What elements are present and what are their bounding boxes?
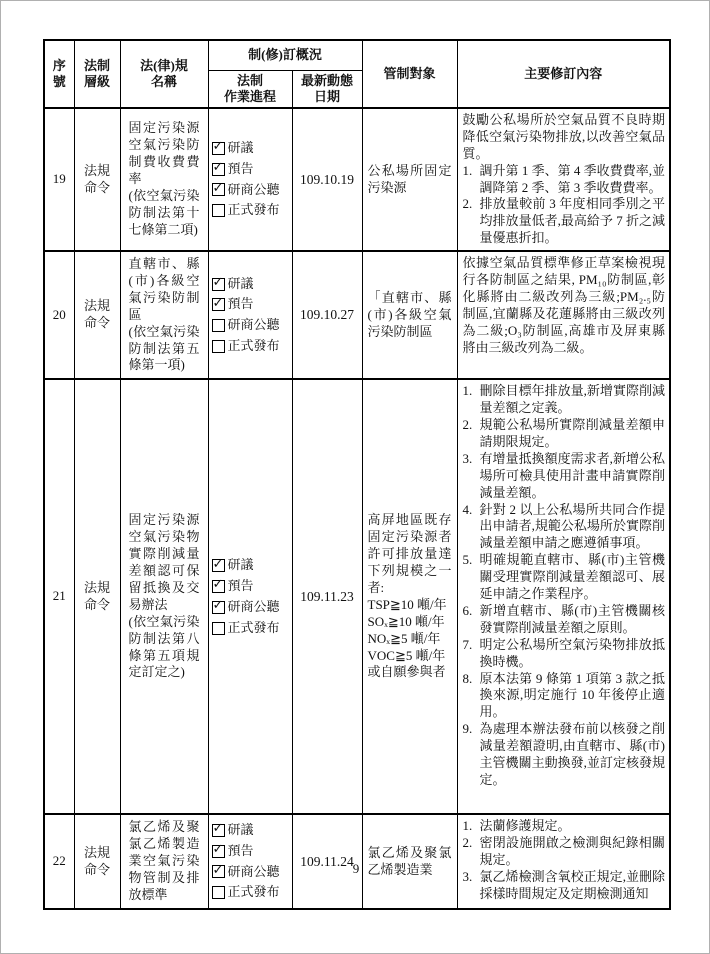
checkbox-checked-icon — [212, 601, 225, 614]
row-regulation-name: 固定污染源空氣污染防制費收費費率 (依空氣污染防制法第十七條第二項) — [120, 108, 208, 251]
process-checkbox-item: 預告 — [212, 294, 289, 315]
process-step-label: 研議 — [228, 138, 254, 159]
process-step-label: 預告 — [228, 294, 254, 315]
content-item: 5.明確規範直轄市、縣(市)主管機關受理實際削減量差額認可、展延申請之作業程序。 — [463, 552, 666, 603]
checkbox-checked-icon — [212, 845, 225, 858]
content-item-number: 2. — [463, 417, 480, 451]
process-step-label: 預告 — [228, 841, 254, 862]
process-checkbox-item: 正式發布 — [212, 200, 289, 221]
row-seq: 20 — [44, 251, 74, 379]
process-checkbox-item: 預告 — [212, 159, 289, 180]
process-step-label: 正式發布 — [228, 336, 280, 357]
table-body: 19 法規 命令 固定污染源空氣污染防制費收費費率 (依空氣污染防制法第十七條第… — [44, 108, 670, 909]
process-step-label: 研商公聽 — [228, 315, 280, 336]
checkbox-checked-icon — [212, 580, 225, 593]
header-date: 最新動態 日期 — [292, 70, 362, 108]
table-row: 21 法規 命令 固定污染源空氣污染物實際削減量差額認可保留抵換及交易辦法 (依… — [44, 379, 670, 814]
row-process-checklist: 研議預告研商公聽正式發布 — [208, 108, 292, 251]
header-process: 法制 作業進程 — [208, 70, 292, 108]
process-checkbox-item: 研議 — [212, 138, 289, 159]
content-item: 1.刪除目標年排放量,新增實際削減量差額之定義。 — [463, 383, 666, 417]
content-item: 4.針對 2 以上公私場所共同合作提出申請者,規範公私場所於實際削減量差額申請之… — [463, 502, 666, 553]
content-item-number: 5. — [463, 552, 480, 603]
header-status-group: 制(修)訂概況 — [208, 40, 362, 70]
process-checkbox-item: 研商公聽 — [212, 180, 289, 201]
header-seq: 序 號 — [44, 40, 74, 108]
content-item-number: 7. — [463, 637, 480, 671]
table-row: 20 法規 命令 直轄市、縣(市)各級空氣污染防制區 (依空氣污染防制法第五條第… — [44, 251, 670, 379]
row-seq: 21 — [44, 379, 74, 814]
row-level: 法規 命令 — [74, 379, 120, 814]
process-checkbox-item: 預告 — [212, 841, 289, 862]
content-item-text: 針對 2 以上公私場所共同合作提出申請者,規範公私場所於實際削減量差額申請之應遵… — [480, 502, 666, 553]
content-item-text: 新增直轄市、縣(市)主管機關核發實際削減量差額之原則。 — [480, 603, 666, 637]
process-step-label: 研議 — [228, 820, 254, 841]
content-item-text: 規範公私場所實際削減量差額申請期限規定。 — [480, 417, 666, 451]
row-date: 109.10.27 — [292, 251, 362, 379]
content-item-text: 為處理本辦法發布前以核發之削減量差額證明,由直轄市、縣(市)主管機關主動換發,並… — [480, 721, 666, 789]
content-item-number: 8. — [463, 671, 480, 722]
content-item-number: 9. — [463, 721, 480, 789]
content-item-text: 原本法第 9 條第 1 項第 3 款之抵換來源,明定施行 10 年後停止適用。 — [480, 671, 666, 722]
content-item-number: 1. — [463, 163, 480, 197]
checkbox-checked-icon — [212, 278, 225, 291]
content-item-number: 1. — [463, 818, 480, 835]
process-checkbox-item: 預告 — [212, 576, 289, 597]
checkbox-checked-icon — [212, 559, 225, 572]
content-item-number: 4. — [463, 502, 480, 553]
row-target: 公私場所固定污染源 — [362, 108, 457, 251]
content-item-text: 鼓勵公私場所於空氣品質不良時期降低空氣污染物排放,以改善空氣品質。 — [463, 112, 666, 163]
content-item: 2.排放量較前 3 年度相同季別之平均排放量低者,最高給予 7 折之減量優惠折扣… — [463, 196, 666, 247]
content-item-number: 2. — [463, 196, 480, 247]
content-item: 1.法蘭修護規定。 — [463, 818, 666, 835]
header-content: 主要修訂內容 — [457, 40, 670, 108]
regulations-table: 序 號 法制 層級 法(律)規 名稱 制(修)訂概況 管制對象 主要修訂內容 法… — [43, 39, 671, 910]
content-item: 7.明定公私場所空氣污染物排放抵換時機。 — [463, 637, 666, 671]
page-number: 9 — [1, 861, 710, 877]
header-target: 管制對象 — [362, 40, 457, 108]
row-target: 「直轄市、縣(市)各級空氣污染防制區 — [362, 251, 457, 379]
process-step-label: 正式發布 — [228, 200, 280, 221]
content-item-text: 法蘭修護規定。 — [480, 818, 666, 835]
process-checkbox-item: 研商公聽 — [212, 597, 289, 618]
row-level: 法規 命令 — [74, 251, 120, 379]
row-content: 鼓勵公私場所於空氣品質不良時期降低空氣污染物排放,以改善空氣品質。1.調升第 1… — [457, 108, 670, 251]
row-content: 依據空氣品質標準修正草案檢視現行各防制區之結果, PM₁₀防制區,彰化縣將由二級… — [457, 251, 670, 379]
content-item: 鼓勵公私場所於空氣品質不良時期降低空氣污染物排放,以改善空氣品質。 — [463, 112, 666, 163]
content-item-text: 有增量抵換額度需求者,新增公私場所可檢具使用計畫申請實際削減量差額。 — [480, 451, 666, 502]
process-step-label: 研議 — [228, 274, 254, 295]
row-seq: 19 — [44, 108, 74, 251]
document-page: 序 號 法制 層級 法(律)規 名稱 制(修)訂概況 管制對象 主要修訂內容 法… — [0, 0, 710, 954]
content-item-text: 調升第 1 季、第 4 季收費費率,並調降第 2 季、第 3 季收費費率。 — [480, 163, 666, 197]
checkbox-unchecked-icon — [212, 340, 225, 353]
content-item: 3.有增量抵換額度需求者,新增公私場所可檢具使用計畫申請實際削減量差額。 — [463, 451, 666, 502]
content-item-number: 3. — [463, 451, 480, 502]
process-step-label: 正式發布 — [228, 618, 280, 639]
content-item-text: 依據空氣品質標準修正草案檢視現行各防制區之結果, PM₁₀防制區,彰化縣將由二級… — [463, 255, 666, 356]
content-item: 6.新增直轄市、縣(市)主管機關核發實際削減量差額之原則。 — [463, 603, 666, 637]
header-name: 法(律)規 名稱 — [120, 40, 208, 108]
row-process-checklist: 研議預告研商公聽正式發布 — [208, 251, 292, 379]
content-item-text: 明確規範直轄市、縣(市)主管機關受理實際削減量差額認可、展延申請之作業程序。 — [480, 552, 666, 603]
process-step-label: 預告 — [228, 159, 254, 180]
checkbox-checked-icon — [212, 298, 225, 311]
row-date: 109.11.23 — [292, 379, 362, 814]
row-regulation-name: 固定污染源空氣污染物實際削減量差額認可保留抵換及交易辦法 (依空氣污染防制法第八… — [120, 379, 208, 814]
content-item: 1.調升第 1 季、第 4 季收費費率,並調降第 2 季、第 3 季收費費率。 — [463, 163, 666, 197]
checkbox-unchecked-icon — [212, 622, 225, 635]
process-checkbox-item: 研議 — [212, 555, 289, 576]
process-checkbox-item: 正式發布 — [212, 618, 289, 639]
content-item-number: 1. — [463, 383, 480, 417]
header-level: 法制 層級 — [74, 40, 120, 108]
table-header: 序 號 法制 層級 法(律)規 名稱 制(修)訂概況 管制對象 主要修訂內容 法… — [44, 40, 670, 108]
process-checkbox-item: 正式發布 — [212, 336, 289, 357]
process-checkbox-item: 研議 — [212, 820, 289, 841]
row-regulation-name: 直轄市、縣(市)各級空氣污染防制區 (依空氣污染防制法第五條第一項) — [120, 251, 208, 379]
checkbox-unchecked-icon — [212, 319, 225, 332]
content-item-number: 6. — [463, 603, 480, 637]
checkbox-checked-icon — [212, 824, 225, 837]
row-target: 高屏地區既存固定污染源者許可排放量達下列規模之一者: TSP≧10 噸/年 SO… — [362, 379, 457, 814]
content-item-text: 明定公私場所空氣污染物排放抵換時機。 — [480, 637, 666, 671]
process-step-label: 研商公聽 — [228, 597, 280, 618]
content-item-text: 刪除目標年排放量,新增實際削減量差額之定義。 — [480, 383, 666, 417]
process-step-label: 研議 — [228, 555, 254, 576]
row-date: 109.10.19 — [292, 108, 362, 251]
table-row: 19 法規 命令 固定污染源空氣污染防制費收費費率 (依空氣污染防制法第十七條第… — [44, 108, 670, 251]
content-item-text: 排放量較前 3 年度相同季別之平均排放量低者,最高給予 7 折之減量優惠折扣。 — [480, 196, 666, 247]
checkbox-checked-icon — [212, 183, 225, 196]
process-checkbox-item: 研商公聽 — [212, 315, 289, 336]
row-process-checklist: 研議預告研商公聽正式發布 — [208, 379, 292, 814]
content-item: 8.原本法第 9 條第 1 項第 3 款之抵換來源,明定施行 10 年後停止適用… — [463, 671, 666, 722]
content-item: 2.規範公私場所實際削減量差額申請期限規定。 — [463, 417, 666, 451]
checkbox-unchecked-icon — [212, 886, 225, 899]
process-step-label: 研商公聽 — [228, 180, 280, 201]
row-level: 法規 命令 — [74, 108, 120, 251]
process-checkbox-item: 正式發布 — [212, 882, 289, 903]
row-content: 1.刪除目標年排放量,新增實際削減量差額之定義。2.規範公私場所實際削減量差額申… — [457, 379, 670, 814]
process-step-label: 正式發布 — [228, 882, 280, 903]
checkbox-unchecked-icon — [212, 204, 225, 217]
process-checkbox-item: 研議 — [212, 274, 289, 295]
content-item: 9.為處理本辦法發布前以核發之削減量差額證明,由直轄市、縣(市)主管機關主動換發… — [463, 721, 666, 789]
checkbox-checked-icon — [212, 142, 225, 155]
content-item: 依據空氣品質標準修正草案檢視現行各防制區之結果, PM₁₀防制區,彰化縣將由二級… — [463, 255, 666, 356]
checkbox-checked-icon — [212, 163, 225, 176]
process-step-label: 預告 — [228, 576, 254, 597]
